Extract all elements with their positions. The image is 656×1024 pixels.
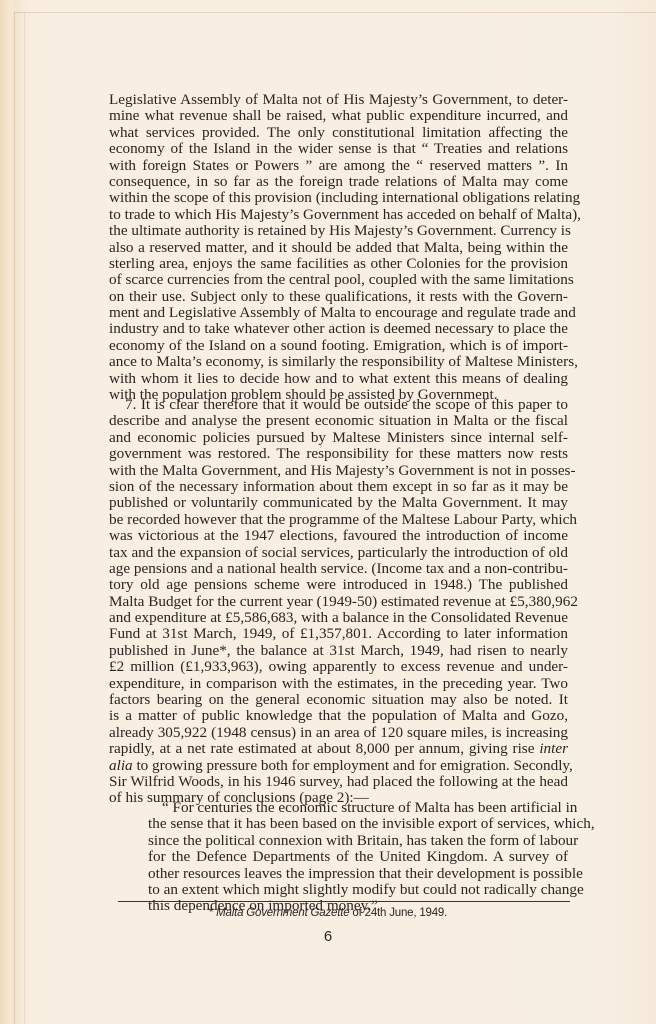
text-line: on their use. Subject only to these qual… (109, 289, 568, 305)
quote-line: other resources leaves the impression th… (148, 866, 568, 882)
footnote: * Malta Government Gazette of 24th June,… (0, 907, 656, 919)
text-line: industry and to take whatever other acti… (109, 321, 568, 337)
quote-line: since the political connexion with Brita… (148, 833, 568, 849)
text-line: published in June*, the balance at 31st … (109, 643, 568, 659)
quote-line: for the Defence Departments of the Unite… (148, 849, 568, 865)
italic-latin-phrase: inter (539, 740, 568, 757)
text-line: ance to Malta’s economy, is similarly th… (109, 354, 568, 370)
footnote-source-date: of 24th June, 1949. (349, 907, 447, 919)
block-quote: “ For centuries the economic structure o… (148, 800, 568, 915)
text-line: Legislative Assembly of Malta not of His… (109, 92, 568, 108)
page-number: 6 (0, 928, 656, 945)
text-line: what services provided. The only constit… (109, 125, 568, 141)
text-line: of scarce currencies from the central po… (109, 272, 568, 288)
text-line: Malta Budget for the current year (1949-… (109, 594, 568, 610)
text-line: tax and the expansion of social services… (109, 545, 568, 561)
paragraph-7: 7. It is clear therefore that it would b… (109, 397, 568, 807)
text-line: government was restored. The responsibil… (109, 446, 568, 462)
text-line: economy of the Island on a sound footing… (109, 338, 568, 354)
text-line: expenditure, in comparison with the esti… (109, 676, 568, 692)
scanned-page: Legislative Assembly of Malta not of His… (0, 0, 656, 1024)
text-line: with the Malta Government, and His Majes… (109, 463, 568, 479)
text-line: sion of the necessary information about … (109, 479, 568, 495)
text-line: be recorded however that the programme o… (109, 512, 568, 528)
text-line: to trade to which His Majesty’s Governme… (109, 207, 568, 223)
footnote-source-title: Malta Government Gazette (216, 907, 349, 919)
text-line: is a matter of public knowledge that the… (109, 708, 568, 724)
text-line: sterling area, enjoys the same facilitie… (109, 256, 568, 272)
text-line: was victorious at the 1947 elections, fa… (109, 528, 568, 544)
footnote-divider (118, 901, 570, 902)
text-line: ment and Legislative Assembly of Malta t… (109, 305, 568, 321)
text-line: with whom it lies to decide how and to w… (109, 371, 568, 387)
text-line: age pensions and a national health servi… (109, 561, 568, 577)
text-line: and expenditure at £5,586,683, with a ba… (109, 610, 568, 626)
text-line: 7. It is clear therefore that it would b… (109, 397, 568, 413)
text-line: factors bearing on the general economic … (109, 692, 568, 708)
text-line: Fund at 31st March, 1949, of £1,357,801.… (109, 626, 568, 642)
quote-line: “ For centuries the economic structure o… (148, 800, 568, 816)
paper-fold-line (14, 12, 15, 1024)
italic-latin-phrase: alia (109, 757, 133, 774)
quote-line: the sense that it has been based on the … (148, 816, 568, 832)
text-line: describe and analyse the present economi… (109, 413, 568, 429)
text-line: mine what revenue shall be raised, what … (109, 108, 568, 124)
text-line: already 305,922 (1948 census) in an area… (109, 725, 568, 741)
text-line: with foreign States or Powers ” are amon… (109, 158, 568, 174)
text-line: and economic policies pursued by Maltese… (109, 430, 568, 446)
text-line: also a reserved matter, and it should be… (109, 240, 568, 256)
paper-top-edge (14, 12, 656, 13)
text-line: tory old age pensions scheme were introd… (109, 577, 568, 593)
text-line: within the scope of this provision (incl… (109, 190, 568, 206)
footnote-marker: * (209, 907, 213, 919)
text-line: Sir Wilfrid Woods, in his 1946 survey, h… (109, 774, 568, 790)
text-line: £2 million (£1,933,963), owing apparentl… (109, 659, 568, 675)
text-line: consequence, in so far as the foreign tr… (109, 174, 568, 190)
quote-line: to an extent which might slightly modify… (148, 882, 568, 898)
paper-fold-line-inner (24, 12, 25, 1024)
text-line: rapidly, at a net rate estimated at abou… (109, 741, 568, 757)
paragraph-6-continued: Legislative Assembly of Malta not of His… (109, 92, 568, 403)
text-line: economy of the Island in the wider sense… (109, 141, 568, 157)
text-line: published or voluntarily communicated by… (109, 495, 568, 511)
text-line: alia to growing pressure both for employ… (109, 758, 568, 774)
text-line: the ultimate authority is retained by Hi… (109, 223, 568, 239)
